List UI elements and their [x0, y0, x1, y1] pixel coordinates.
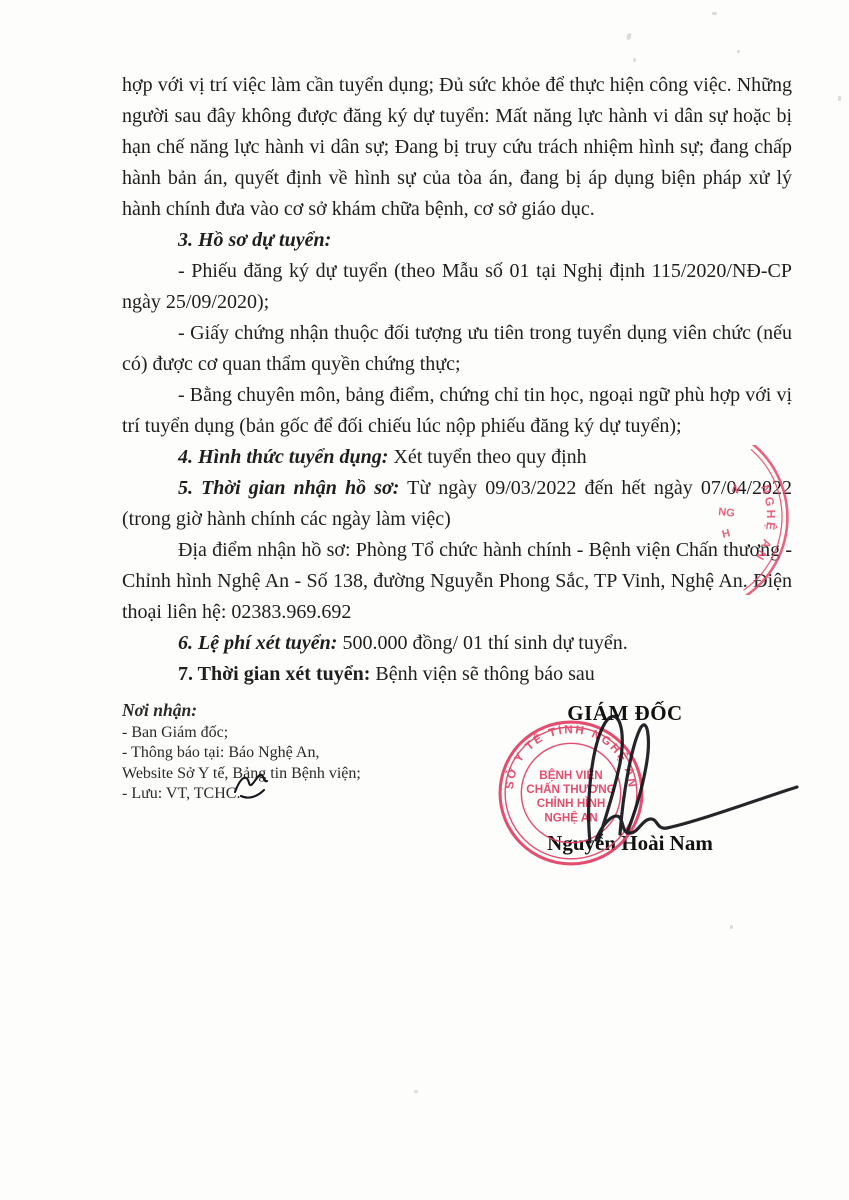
- edge-stamp-letter: N: [730, 483, 742, 497]
- item6-label: 6. Lệ phí xét tuyển:: [178, 632, 337, 654]
- recipients-title: Nơi nhận:: [122, 700, 392, 721]
- dossier-item-3: - Bằng chuyên môn, bảng điểm, chứng chỉ …: [122, 380, 792, 442]
- handwritten-paraph-mark: [231, 770, 271, 800]
- address-paragraph: Địa điểm nhận hồ sơ: Phòng Tổ chức hành …: [122, 535, 792, 628]
- scan-speck: [838, 96, 841, 101]
- edge-stamp-letter: NG: [718, 506, 736, 520]
- dossier-item-1: - Phiếu đăng ký dự tuyển (theo Mẫu số 01…: [122, 256, 792, 318]
- paragraph-eligibility: hợp với vị trí việc làm cần tuyển dụng; …: [122, 70, 792, 225]
- item7-label: 7. Thời gian xét tuyển:: [178, 663, 370, 685]
- recipient-line: - Ban Giám đốc;: [122, 723, 392, 744]
- item4-line: 4. Hình thức tuyển dụng: Xét tuyển theo …: [122, 442, 792, 473]
- section3-heading-text: 3. Hồ sơ dự tuyển:: [178, 229, 331, 251]
- edge-stamp-letter: H: [721, 527, 732, 541]
- item6-text: 500.000 đồng/ 01 thí sinh dự tuyển.: [342, 632, 627, 654]
- scan-speck: [414, 1090, 418, 1093]
- scan-speck: [626, 33, 632, 41]
- dossier-item-2: - Giấy chứng nhận thuộc đối tượng ưu tiê…: [122, 318, 792, 380]
- handwritten-signature: [540, 700, 802, 862]
- scanned-document-page: hợp với vị trí việc làm cần tuyển dụng; …: [0, 0, 849, 1200]
- scan-speck: [737, 50, 740, 53]
- item5-line: 5. Thời gian nhận hồ sơ: Từ ngày 09/03/2…: [122, 473, 792, 535]
- scan-speck: [712, 12, 717, 15]
- item4-label: 4. Hình thức tuyển dụng:: [178, 446, 388, 468]
- item4-text: Xét tuyển theo quy định: [393, 446, 586, 468]
- item7-line: 7. Thời gian xét tuyển: Bệnh viện sẽ thô…: [122, 659, 792, 690]
- item7-text: Bệnh viện sẽ thông báo sau: [375, 663, 594, 685]
- partial-edge-stamp: NGHỆ AN N NG H: [693, 445, 808, 595]
- recipient-line: - Thông báo tại: Báo Nghệ An,: [122, 743, 392, 764]
- document-body: hợp với vị trí việc làm cần tuyển dụng; …: [122, 70, 792, 690]
- scan-speck: [633, 58, 636, 62]
- item6-line: 6. Lệ phí xét tuyển: 500.000 đồng/ 01 th…: [122, 628, 792, 659]
- item5-label: 5. Thời gian nhận hồ sơ:: [178, 477, 399, 499]
- section3-heading: 3. Hồ sơ dự tuyển:: [122, 225, 792, 256]
- scan-speck: [730, 925, 733, 929]
